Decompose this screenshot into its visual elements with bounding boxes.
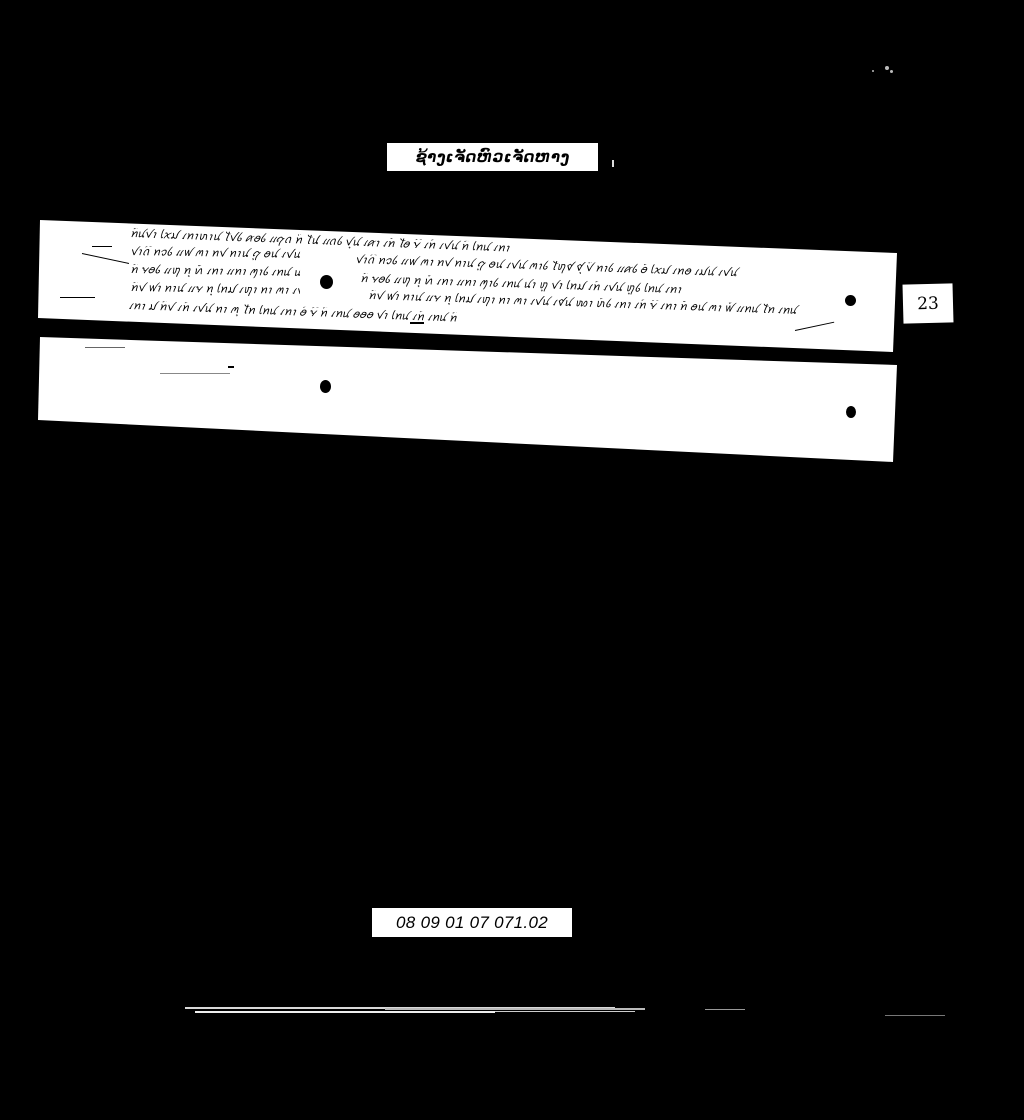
ruler-edge bbox=[885, 1015, 945, 1016]
ruler-edge bbox=[195, 1011, 495, 1013]
catalog-id-label: 08 09 01 07 071.02 bbox=[372, 908, 572, 937]
binding-hole-icon bbox=[320, 380, 331, 393]
leaf-2-mark bbox=[228, 366, 234, 368]
ruler-edge bbox=[495, 1011, 635, 1012]
binding-hole-icon bbox=[320, 275, 333, 289]
leaf-2-mark bbox=[160, 373, 230, 374]
manuscript-title-label: ຊ້າງເຈັດຫົວເຈັດຫາງ bbox=[387, 143, 598, 171]
page-number-tag: 23 bbox=[902, 283, 953, 323]
binding-hole-icon bbox=[845, 295, 856, 306]
ruler-edge bbox=[385, 1008, 645, 1010]
ruler-edge bbox=[705, 1009, 745, 1010]
scan-noise bbox=[872, 70, 874, 72]
scan-artifact bbox=[612, 160, 614, 167]
scan-noise bbox=[890, 70, 893, 73]
scan-noise bbox=[885, 66, 889, 70]
scale-ruler-strip bbox=[185, 1005, 985, 1019]
binding-hole-icon bbox=[846, 406, 856, 418]
leaf-2-mark bbox=[85, 347, 125, 348]
